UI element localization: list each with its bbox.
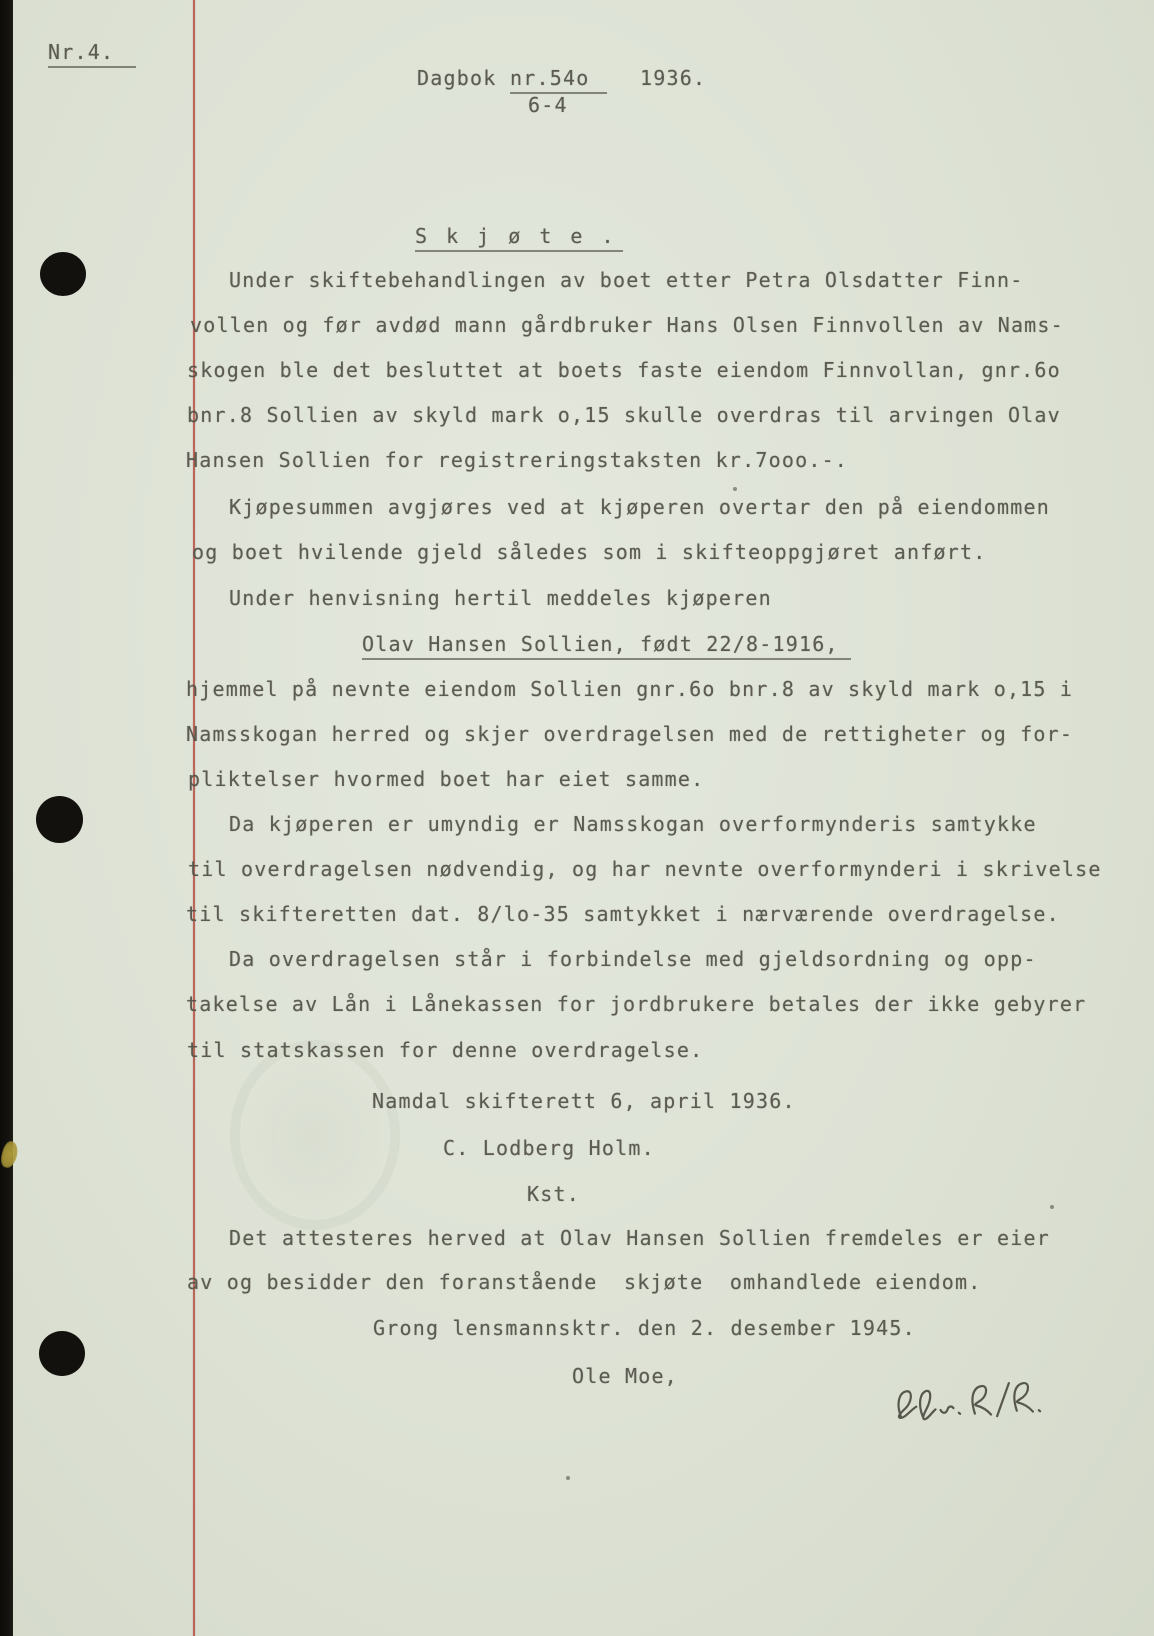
text-line: Da overdragelsen står i forbindelse med …: [229, 947, 1037, 971]
text-line: 6-4: [528, 93, 568, 117]
text-line: til skifteretten dat. 8/lo-35 samtykket …: [186, 902, 1060, 926]
text-line: hjemmel på nevnte eiendom Sollien gnr.6o…: [186, 677, 1073, 701]
text-line: av og besidder den foranstående skjøte o…: [187, 1270, 981, 1294]
text-line: Grong lensmannsktr. den 2. desember 1945…: [373, 1316, 916, 1340]
text-line: skogen ble det besluttet at boets faste …: [187, 358, 1061, 382]
text-line: Det attesteres herved at Olav Hansen Sol…: [229, 1226, 1050, 1250]
text-line: Kjøpesummen avgjøres ved at kjøperen ove…: [229, 495, 1050, 519]
text-line: Under henvisning hertil meddeles kjøpere…: [229, 586, 772, 610]
text-line: Dagbok: [417, 66, 496, 90]
scanned-document-page: Nr.4.Dagboknr.54o1936.6-4S k j ø t e .Un…: [0, 0, 1154, 1636]
text-line: Kst.: [527, 1182, 580, 1206]
text-line: til overdragelsen nødvendig, og har nevn…: [188, 857, 1102, 881]
text-line: takelse av Lån i Lånekassen for jordbruk…: [186, 992, 1086, 1016]
text-line: Da kjøperen er umyndig er Namsskogan ove…: [229, 812, 1037, 836]
text-line: til statskassen for denne overdragelse.: [187, 1038, 703, 1062]
text-line: C. Lodberg Holm.: [443, 1136, 655, 1160]
text-line: Hansen Sollien for registreringstaksten …: [186, 448, 848, 472]
text-line: S k j ø t e .: [415, 224, 623, 252]
handwritten-signature: [888, 1363, 1050, 1440]
text-line: bnr.8 Sollien av skyld mark o,15 skulle …: [187, 403, 1061, 427]
text-line: nr.54o: [510, 66, 607, 94]
text-line: Namdal skifterett 6, april 1936.: [372, 1089, 796, 1113]
text-line: vollen og før avdød mann gårdbruker Hans…: [190, 313, 1064, 337]
text-line: Ole Moe,: [572, 1364, 678, 1388]
text-line: Nr.4.: [48, 40, 136, 68]
text-line: pliktelser hvormed boet har eiet samme.: [188, 767, 704, 791]
text-line: Olav Hansen Sollien, født 22/8-1916,: [362, 632, 851, 660]
text-line: og boet hvilende gjeld således som i ski…: [192, 540, 986, 564]
text-line: 1936.: [640, 66, 706, 90]
text-line: Under skiftebehandlingen av boet etter P…: [229, 268, 1023, 292]
text-line: Namsskogan herred og skjer overdragelsen…: [186, 722, 1073, 746]
